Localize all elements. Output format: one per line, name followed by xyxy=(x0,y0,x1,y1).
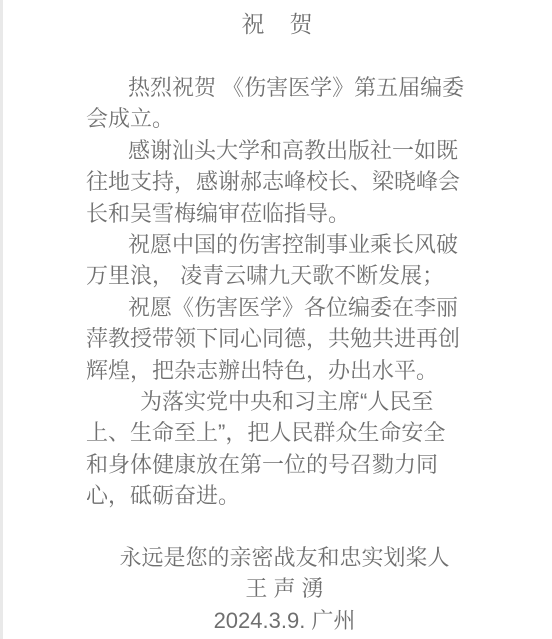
closing-line: 永远是您的亲密战友和忠实划桨人 xyxy=(17,542,552,573)
paragraph-line: 感谢汕头大学和高教出版社一如既 xyxy=(86,135,532,166)
congratulation-letter: 祝 贺 热烈祝贺 《伤害医学》第五届编委 会成立。 感谢汕头大学和高教出版社一如… xyxy=(0,0,552,639)
paragraph-line: 会成立。 xyxy=(86,103,532,134)
paragraph-line: 祝愿中国的伤害控制事业乘长风破 xyxy=(86,229,532,260)
letter-title: 祝 贺 xyxy=(3,0,552,38)
paragraph-line: 往地支持，感谢郝志峰校长、梁晓峰会 xyxy=(86,166,532,197)
letter-body: 热烈祝贺 《伤害医学》第五届编委 会成立。 感谢汕头大学和高教出版社一如既 往地… xyxy=(3,72,552,512)
signature-name: 王 声 湧 xyxy=(17,573,552,604)
paragraph-line: 上、生命至上”，把人民群众生命安全 xyxy=(86,417,532,448)
paragraph-line: 祝愿《伤害医学》各位编委在李丽 xyxy=(86,292,532,323)
paragraph-line: 万里浪， 凌青云啸九天歌不断发展； xyxy=(86,260,532,291)
paragraph-line: 和身体健康放在第一位的号召勠力同 xyxy=(86,449,532,480)
letter-closing: 永远是您的亲密战友和忠实划桨人 王 声 湧 2024.3.9. 广州 xyxy=(17,542,552,636)
paragraph-line: 萍教授带领下同心同德，共勉共进再创 xyxy=(86,323,532,354)
paragraph-line: 为落实党中央和习主席“人民至 xyxy=(86,386,532,417)
paragraph-line: 长和吴雪梅编审莅临指导。 xyxy=(86,198,532,229)
paragraph-line: 心，砥砺奋进。 xyxy=(86,480,532,511)
date-place-line: 2024.3.9. 广州 xyxy=(17,605,552,636)
paragraph-line: 热烈祝贺 《伤害医学》第五届编委 xyxy=(86,72,532,103)
paragraph-line: 辉煌，把杂志辦出特色，办出水平。 xyxy=(86,355,532,386)
